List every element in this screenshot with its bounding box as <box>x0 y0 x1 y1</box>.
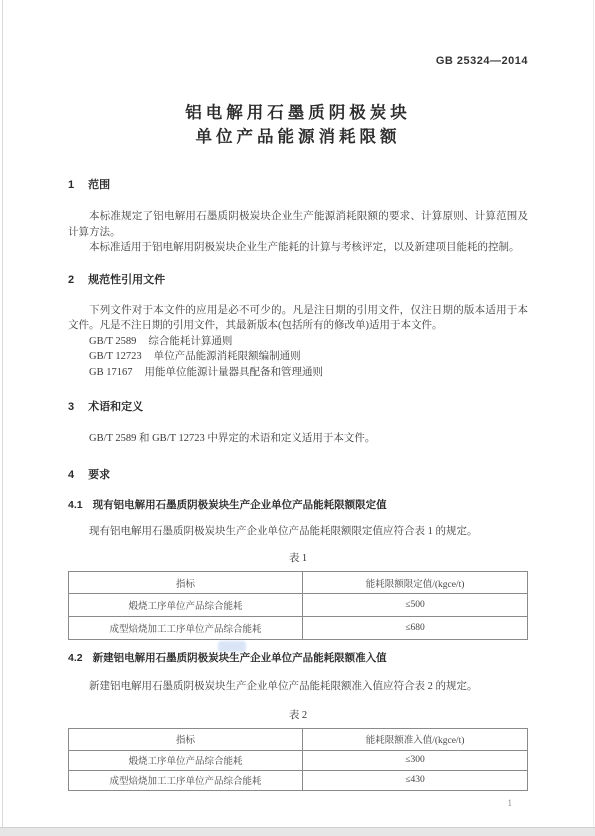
indicator-cell: 成型焙烧加工工序单位产品综合能耗 <box>69 770 303 790</box>
reference-name: 单位产品能源消耗限额编制通则 <box>154 351 301 362</box>
section-number: 4.1 <box>68 499 83 511</box>
table-row: 成型焙烧加工工序单位产品综合能耗 ≤680 <box>69 617 528 640</box>
indicator-cell: 煅烧工序单位产品综合能耗 <box>69 594 303 617</box>
reference-code: GB 17167 <box>89 367 132 378</box>
section-title: 规范性引用文件 <box>88 274 165 286</box>
indicator-cell: 煅烧工序单位产品综合能耗 <box>69 750 303 770</box>
table-2: 指标 能耗限额准入值/(kgce/t) 煅烧工序单位产品综合能耗 ≤300 成型… <box>68 728 528 791</box>
table-2-header-indicator: 指标 <box>69 728 303 750</box>
section-4-2-heading: 4.2新建铝电解用石墨质阴极炭块生产企业单位产品能耗限额准入值 <box>68 650 528 665</box>
reference-item: GB/T 2589综合能耗计算通则 <box>68 334 528 350</box>
section-4-2-paragraph: 新建铝电解用石墨质阴极炭块生产企业单位产品能耗限额准入值应符合表 2 的规定。 <box>68 679 528 695</box>
title-line-2: 单位产品能源消耗限额 <box>68 125 528 149</box>
table-row: 成型焙烧加工工序单位产品综合能耗 ≤430 <box>69 770 528 790</box>
reference-item: GB 17167用能单位能源计量器具配备和管理通则 <box>68 365 528 381</box>
section-number: 3 <box>68 401 74 413</box>
section-title: 范围 <box>88 179 110 191</box>
section-title: 现有铝电解用石墨质阴极炭块生产企业单位产品能耗限额限定值 <box>93 499 387 511</box>
table-1-header-limit-value: 能耗限额限定值/(kgce/t) <box>303 572 528 594</box>
table-2-caption: 表 2 <box>68 707 528 722</box>
section-title: 要求 <box>88 469 110 481</box>
table-1: 指标 能耗限额限定值/(kgce/t) 煅烧工序单位产品综合能耗 ≤500 成型… <box>68 571 528 640</box>
section-number: 4.2 <box>68 652 83 664</box>
section-3-heading: 3术语和定义 <box>68 398 528 414</box>
section-title: 新建铝电解用石墨质阴极炭块生产企业单位产品能耗限额准入值 <box>93 652 387 664</box>
page-right-edge <box>593 0 594 828</box>
section-4-1-paragraph: 现有铝电解用石墨质阴极炭块生产企业单位产品能耗限额限定值应符合表 1 的规定。 <box>68 524 528 540</box>
value-cell: ≤680 <box>303 617 528 640</box>
section-number: 1 <box>68 179 74 191</box>
section-1-heading: 1范围 <box>68 176 528 192</box>
table-1-header-indicator: 指标 <box>69 572 303 594</box>
table-1-caption: 表 1 <box>68 550 528 565</box>
page-content: GB 25324—2014 铝电解用石墨质阴极炭块 单位产品能源消耗限额 1范围… <box>68 0 528 808</box>
reference-name: 用能单位能源计量器具配备和管理通则 <box>144 367 323 378</box>
value-cell: ≤430 <box>303 770 528 790</box>
section-number: 2 <box>68 274 74 286</box>
standard-code: GB 25324—2014 <box>68 0 528 67</box>
reference-item: GB/T 12723单位产品能源消耗限额编制通则 <box>68 349 528 365</box>
value-cell: ≤500 <box>303 594 528 617</box>
section-4-1-heading: 4.1现有铝电解用石墨质阴极炭块生产企业单位产品能耗限额限定值 <box>68 497 528 512</box>
table-header-row: 指标 能耗限额准入值/(kgce/t) <box>69 728 528 750</box>
section-number: 4 <box>68 469 74 481</box>
reference-name: 综合能耗计算通则 <box>148 336 232 347</box>
value-cell: ≤300 <box>303 750 528 770</box>
document-title: 铝电解用石墨质阴极炭块 单位产品能源消耗限额 <box>68 101 528 149</box>
section-title: 术语和定义 <box>88 401 143 413</box>
title-line-1: 铝电解用石墨质阴极炭块 <box>68 101 528 125</box>
table-header-row: 指标 能耗限额限定值/(kgce/t) <box>69 572 528 594</box>
section-2-heading: 2规范性引用文件 <box>68 271 528 287</box>
table-2-header-entry-value: 能耗限额准入值/(kgce/t) <box>303 728 528 750</box>
table-row: 煅烧工序单位产品综合能耗 ≤500 <box>69 594 528 617</box>
reference-code: GB/T 2589 <box>89 336 136 347</box>
section-2-paragraph-1: 下列文件对于本文件的应用是必不可少的。凡是注日期的引用文件，仅注日期的版本适用于… <box>68 303 528 334</box>
section-1-paragraph-1: 本标准规定了铝电解用石墨质阴极炭块企业生产能源消耗限额的要求、计算原则、计算范围… <box>68 209 528 240</box>
page-number: 1 <box>68 798 528 808</box>
page-left-edge <box>2 0 3 828</box>
section-3-paragraph-1: GB/T 2589 和 GB/T 12723 中界定的术语和定义适用于本文件。 <box>68 431 528 447</box>
reference-code: GB/T 12723 <box>89 351 142 362</box>
table-row: 煅烧工序单位产品综合能耗 ≤300 <box>69 750 528 770</box>
page-bottom-edge <box>0 827 595 836</box>
document-page: GB 25324—2014 铝电解用石墨质阴极炭块 单位产品能源消耗限额 1范围… <box>0 0 595 836</box>
section-1-paragraph-2: 本标准适用于铝电解用阴极炭块企业生产能耗的计算与考核评定，以及新建项目能耗的控制… <box>68 240 528 256</box>
indicator-cell: 成型焙烧加工工序单位产品综合能耗 <box>69 617 303 640</box>
section-4-heading: 4要求 <box>68 466 528 482</box>
